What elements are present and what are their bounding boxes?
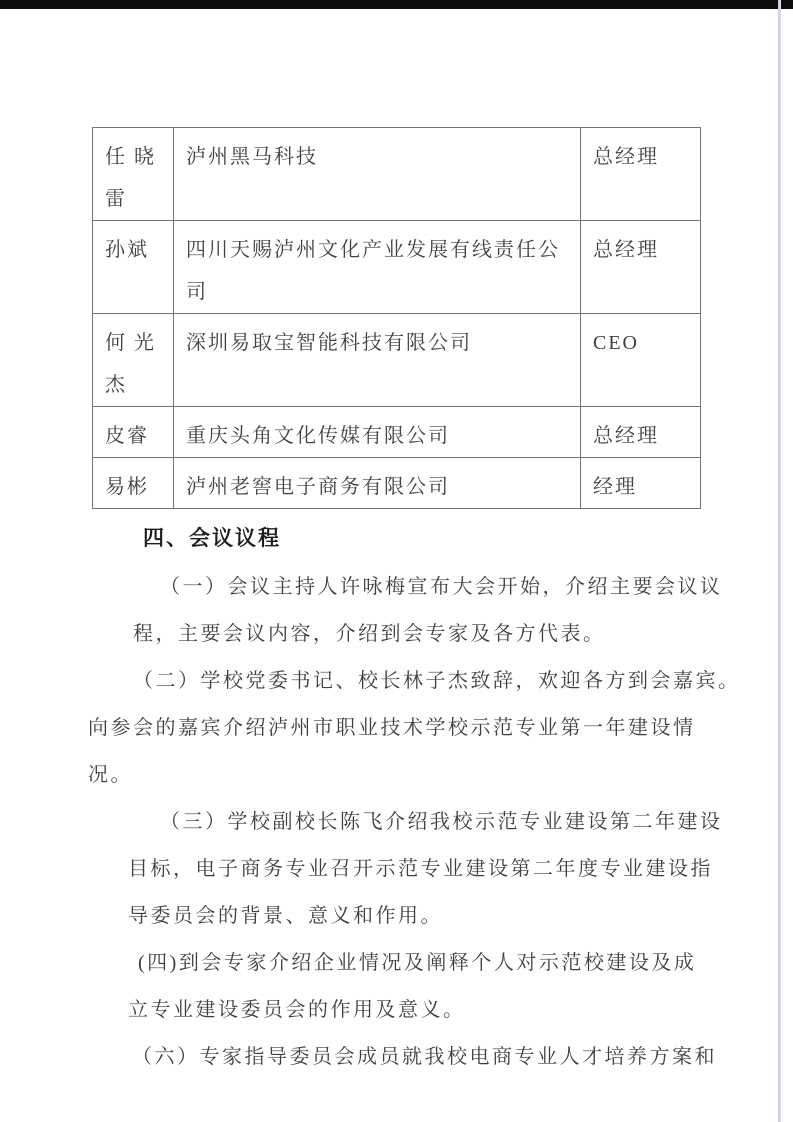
- member-title: 总经理: [581, 407, 701, 458]
- agenda-paragraph: （二）学校党委书记、校长林子杰致辞，欢迎各方到会嘉宾。 向参会的嘉宾介绍泸州市职…: [88, 658, 748, 799]
- table-row: 皮睿 重庆头角文化传媒有限公司 总经理: [93, 407, 701, 458]
- member-title: 总经理: [581, 128, 701, 221]
- document-page: 任 晓 雷 泸州黑马科技 总经理 孙斌 四川天赐泸州文化产业发展有线责任公 司 …: [0, 0, 793, 1122]
- member-name: 任 晓 雷: [93, 128, 174, 221]
- member-company: 泸州老窖电子商务有限公司: [174, 458, 581, 509]
- member-company: 深圳易取宝智能科技有限公司: [174, 314, 581, 407]
- table-row: 孙斌 四川天赐泸州文化产业发展有线责任公 司 总经理: [93, 221, 701, 314]
- member-company: 重庆头角文化传媒有限公司: [174, 407, 581, 458]
- member-company: 泸州黑马科技: [174, 128, 581, 221]
- member-name: 易彬: [93, 458, 174, 509]
- member-name: 何 光 杰: [93, 314, 174, 407]
- agenda-paragraph: （六）专家指导委员会成员就我校电商专业人才培养方案和: [132, 1034, 748, 1081]
- scan-top-edge: [0, 0, 793, 9]
- agenda-section: 四、会议议程 （一）会议主持人许咏梅宣布大会开始，介绍主要会议议 程，主要会议内…: [88, 522, 748, 1081]
- agenda-heading: 四、会议议程: [143, 522, 748, 556]
- committee-table: 任 晓 雷 泸州黑马科技 总经理 孙斌 四川天赐泸州文化产业发展有线责任公 司 …: [92, 127, 701, 509]
- member-name: 皮睿: [93, 407, 174, 458]
- table-row: 何 光 杰 深圳易取宝智能科技有限公司 CEO: [93, 314, 701, 407]
- member-title: 经理: [581, 458, 701, 509]
- table-row: 易彬 泸州老窖电子商务有限公司 经理: [93, 458, 701, 509]
- member-name: 孙斌: [93, 221, 174, 314]
- member-title: 总经理: [581, 221, 701, 314]
- scan-right-edge-line: [778, 0, 781, 1122]
- agenda-paragraph: （一）会议主持人许咏梅宣布大会开始，介绍主要会议议 程，主要会议内容，介绍到会专…: [133, 564, 748, 658]
- agenda-paragraph: （三）学校副校长陈飞介绍我校示范专业建设第二年建设 目标，电子商务专业召开示范专…: [128, 799, 748, 940]
- member-company: 四川天赐泸州文化产业发展有线责任公 司: [174, 221, 581, 314]
- member-title: CEO: [581, 314, 701, 407]
- agenda-paragraph: (四)到会专家介绍企业情况及阐释个人对示范校建设及成 立专业建设委员会的作用及意…: [128, 940, 748, 1034]
- table-row: 任 晓 雷 泸州黑马科技 总经理: [93, 128, 701, 221]
- committee-table-wrap: 任 晓 雷 泸州黑马科技 总经理 孙斌 四川天赐泸州文化产业发展有线责任公 司 …: [92, 127, 701, 509]
